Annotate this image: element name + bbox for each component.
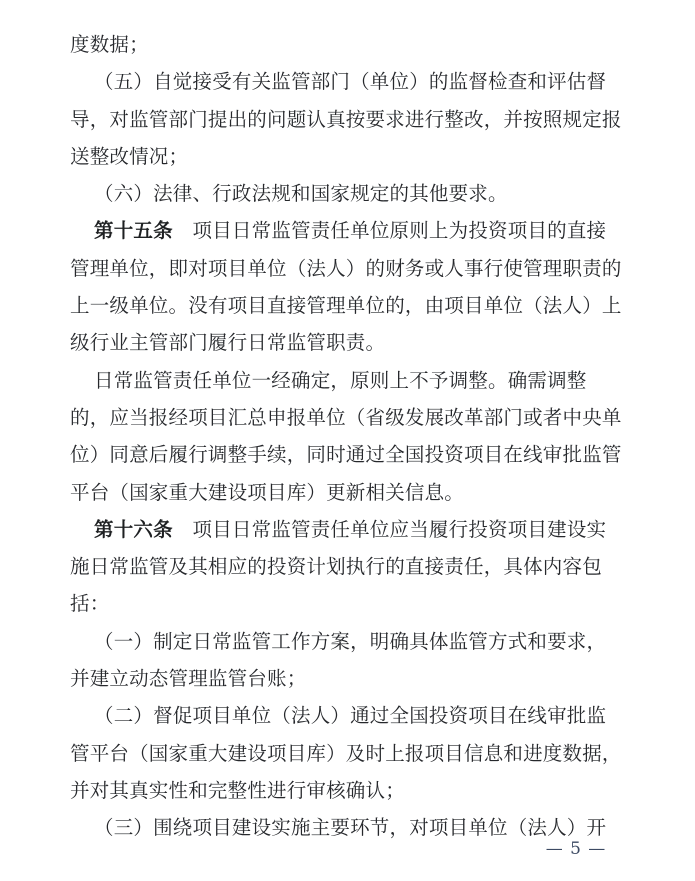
text-line: 第十六条 项目日常监管责任单位应当履行投资项目建设实: [70, 511, 630, 548]
line-text: 上一级单位。没有项目直接管理单位的，由项目单位（法人）上: [70, 294, 622, 317]
text-line: （一）制定日常监管工作方案，明确具体监管方式和要求，: [70, 623, 630, 660]
line-text: 管平台（国家重大建设项目库）及时上报项目信息和进度数据，: [70, 742, 622, 765]
line-text: 施日常监管及其相应的投资计划执行的直接责任，具体内容包: [70, 555, 602, 578]
text-line: （六）法律、行政法规和国家规定的其他要求。: [70, 175, 630, 212]
line-text: 送整改情况；: [70, 145, 188, 168]
article-number: 第十五条: [94, 219, 173, 242]
text-line: 位）同意后履行调整手续，同时通过全国投资项目在线审批监管: [70, 436, 630, 473]
text-line: 并对其真实性和完整性进行审核确认；: [70, 772, 630, 809]
line-text: 括：: [70, 592, 109, 615]
text-line: 上一级单位。没有项目直接管理单位的，由项目单位（法人）上: [70, 287, 630, 324]
text-line: 导，对监管部门提出的问题认真按要求进行整改，并按照规定报: [70, 101, 630, 138]
line-text: 并建立动态管理监管台账；: [70, 667, 306, 690]
text-line: （二）督促项目单位（法人）通过全国投资项目在线审批监: [70, 697, 630, 734]
line-text: 并对其真实性和完整性进行审核确认；: [70, 779, 405, 802]
line-text: 平台（国家重大建设项目库）更新相关信息。: [70, 481, 464, 504]
line-text: （二）督促项目单位（法人）通过全国投资项目在线审批监: [94, 704, 606, 727]
text-line: 度数据；: [70, 26, 630, 63]
text-line: 平台（国家重大建设项目库）更新相关信息。: [70, 474, 630, 511]
line-text: （六）法律、行政法规和国家规定的其他要求。: [94, 182, 508, 205]
text-line: 括：: [70, 585, 630, 622]
line-text: （五）自觉接受有关监管部门（单位）的监督检查和评估督: [94, 70, 606, 93]
line-text: 项目日常监管责任单位原则上为投资项目的直接: [173, 219, 606, 242]
document-body: 度数据；（五）自觉接受有关监管部门（单位）的监督检查和评估督导，对监管部门提出的…: [70, 26, 630, 847]
line-text: 级行业主管部门履行日常监管职责。: [70, 331, 385, 354]
text-line: 级行业主管部门履行日常监管职责。: [70, 324, 630, 361]
line-text: 日常监管责任单位一经确定，原则上不予调整。确需调整: [94, 369, 587, 392]
line-text: 导，对监管部门提出的问题认真按要求进行整改，并按照规定报: [70, 108, 622, 131]
line-text: 位）同意后履行调整手续，同时通过全国投资项目在线审批监管: [70, 443, 622, 466]
text-line: 送整改情况；: [70, 138, 630, 175]
text-line: 日常监管责任单位一经确定，原则上不予调整。确需调整: [70, 362, 630, 399]
line-text: 度数据；: [70, 33, 149, 56]
text-line: 管理单位，即对项目单位（法人）的财务或人事行使管理职责的: [70, 250, 630, 287]
text-line: 管平台（国家重大建设项目库）及时上报项目信息和进度数据，: [70, 735, 630, 772]
document-page: 度数据；（五）自觉接受有关监管部门（单位）的监督检查和评估督导，对监管部门提出的…: [0, 0, 695, 881]
line-text: 项目日常监管责任单位应当履行投资项目建设实: [173, 518, 606, 541]
line-text: （三）围绕项目建设实施主要环节，对项目单位（法人）开: [94, 816, 606, 839]
line-text: 管理单位，即对项目单位（法人）的财务或人事行使管理职责的: [70, 257, 622, 280]
text-line: 第十五条 项目日常监管责任单位原则上为投资项目的直接: [70, 212, 630, 249]
text-line: （五）自觉接受有关监管部门（单位）的监督检查和评估督: [70, 63, 630, 100]
text-line: 的，应当报经项目汇总申报单位（省级发展改革部门或者中央单: [70, 399, 630, 436]
article-number: 第十六条: [94, 518, 173, 541]
line-text: 的，应当报经项目汇总申报单位（省级发展改革部门或者中央单: [70, 406, 622, 429]
text-line: 施日常监管及其相应的投资计划执行的直接责任，具体内容包: [70, 548, 630, 585]
text-line: 并建立动态管理监管台账；: [70, 660, 630, 697]
page-number: — 5 —: [538, 838, 614, 860]
line-text: （一）制定日常监管工作方案，明确具体监管方式和要求，: [94, 630, 606, 653]
